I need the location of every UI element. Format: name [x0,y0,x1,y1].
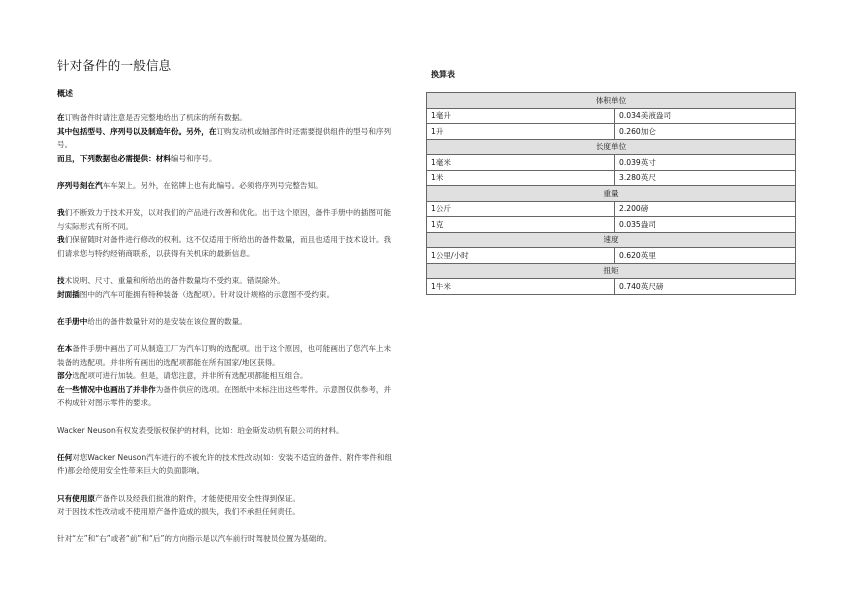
emphasis-text: 技 [57,276,65,285]
group-header-length: 长度单位 [427,139,796,155]
paragraph-line: 在订购备件时请注意是否完整地给出了机床的所有数据。 [57,111,393,125]
emphasis-text: 在一些情况中也画出了并非作 [57,385,156,394]
body-span: 图中的汽车可能拥有特种装备（选配项）。针对设计规格的示意图不受约束。 [80,290,334,299]
metric-cell: 1公里/小时 [427,248,615,264]
body-span: 车车架上。另外，在铭牌上也有此编号。必须将序列号完整告知。 [103,181,323,190]
paragraph-gap [57,329,393,343]
paragraph-line: 序列号刻在汽车车架上。另外，在铭牌上也有此编号。必须将序列号完整告知。 [57,179,393,193]
emphasis-text: 在本 [57,344,72,353]
conversion-table-heading: 换算表 [431,69,455,80]
paragraph-line: 针对“左”和“右”或者“前”和“后”的方向指示是以汽车前行时驾驶员位置为基础的。 [57,532,393,546]
body-span: Wacker Neuson有权发表受版权保护的材料，比如：珀金斯发动机有限公司的… [57,426,344,435]
imperial-cell: 0.035盎司 [615,217,796,233]
paragraph-gap [57,261,393,275]
paragraph-line: 技术说明、尺寸、重量和所给出的备件数量均不受约束。错误除外。 [57,274,393,288]
paragraph-line: 封面插图中的汽车可能拥有特种装备（选配项）。针对设计规格的示意图不受约束。 [57,288,393,302]
imperial-cell: 0.039英寸 [615,155,796,171]
paragraph-line: 在手册中给出的备件数量针对的是安装在该位置的数量。 [57,315,393,329]
paragraph-line: Wacker Neuson有权发表受版权保护的材料，比如：珀金斯发动机有限公司的… [57,424,393,438]
metric-cell: 1米 [427,170,615,186]
imperial-cell: 0.620英里 [615,248,796,264]
body-text: 在订购备件时请注意是否完整地给出了机床的所有数据。其中包括型号、序列号以及制造年… [57,111,393,546]
paragraph-gap [57,478,393,492]
paragraph-gap [57,193,393,207]
emphasis-text: 任何 [57,453,72,462]
table-row: 1牛米0.740英尺磅 [427,279,796,295]
group-header-torque: 扭矩 [427,263,796,279]
group-title: 长度单位 [427,139,796,155]
paragraph-line: 其中包括型号、序列号以及制造年份。另外，在订购发动机或轴部件时还需要提供组件的型… [57,125,393,152]
body-span: 对您Wacker Neuson汽车进行的不被允许的技术性改动(如：安装不适宜的备… [57,453,392,476]
table-row: 1公里/小时0.620英里 [427,248,796,264]
emphasis-text: 部分 [57,371,72,380]
body-span: 们不断致力于技术开发，以对我们的产品进行改善和优化。出于这个原因，备件手册中的插… [57,208,391,231]
paragraph-gap [57,165,393,179]
metric-cell: 1牛米 [427,279,615,295]
emphasis-text: 我 [57,235,65,244]
emphasis-text: 在手册中 [57,317,87,326]
paragraph-gap [57,301,393,315]
metric-cell: 1公斤 [427,201,615,217]
body-span: 编号和序号。 [171,154,217,163]
paragraph-line: 在本备件手册中画出了可从制造工厂为汽车订购的选配项。出于这个原因，也可能画出了您… [57,342,393,369]
group-title: 速度 [427,232,796,248]
group-header-volume: 体积单位 [427,93,796,109]
emphasis-text: 序列号刻在汽 [57,181,103,190]
body-span: 给出的备件数量针对的是安装在该位置的数量。 [87,317,246,326]
group-title: 重量 [427,186,796,202]
paragraph-gap [57,519,393,533]
table-row: 1克0.035盎司 [427,217,796,233]
group-header-speed: 速度 [427,232,796,248]
emphasis-text: 在 [57,113,65,122]
body-span: 对于因技术性改动或不使用原产备件造成的损失，我们不承担任何责任。 [57,507,300,516]
body-span: 们保留随时对备件进行修改的权利。这不仅适用于所给出的备件数量，而且也适用于技术设… [57,235,391,258]
paragraph-line: 而且，下列数据也必需提供：材料编号和序号。 [57,152,393,166]
body-span: 产备件以及经我们批准的附件，才能使使用安全性得到保证。 [95,494,300,503]
table-row: 1升0.260加仑 [427,124,796,140]
table-row: 1米3.280英尺 [427,170,796,186]
paragraph-line: 任何对您Wacker Neuson汽车进行的不被允许的技术性改动(如：安装不适宜… [57,451,393,478]
paragraph-line: 我们保留随时对备件进行修改的权利。这不仅适用于所给出的备件数量，而且也适用于技术… [57,233,393,260]
metric-cell: 1毫米 [427,155,615,171]
body-span: 术说明、尺寸、重量和所给出的备件数量均不受约束。错误除外。 [65,276,285,285]
metric-cell: 1克 [427,217,615,233]
imperial-cell: 3.280英尺 [615,170,796,186]
body-span: 订购备件时请注意是否完整地给出了机床的所有数据。 [65,113,247,122]
imperial-cell: 2.200磅 [615,201,796,217]
emphasis-text: 我 [57,208,65,217]
body-span: 针对“左”和“右”或者“前”和“后”的方向指示是以汽车前行时驾驶员位置为基础的。 [57,534,331,543]
imperial-cell: 0.260加仑 [615,124,796,140]
emphasis-text: 其中包括型号、序列号以及制造年份。另外，在 [57,127,216,136]
group-header-weight: 重量 [427,186,796,202]
paragraph-line: 在一些情况中也画出了并非作为备件供应的选项。在图纸中未标注出这些零件。示意图仅供… [57,383,393,410]
table-row: 1毫米0.039英寸 [427,155,796,171]
table-row: 1毫升0.034美液盎司 [427,108,796,124]
emphasis-text: 封面插 [57,290,80,299]
metric-cell: 1毫升 [427,108,615,124]
body-span: 备件手册中画出了可从制造工厂为汽车订购的选配项。出于这个原因，也可能画出了您汽车… [57,344,391,367]
table-row: 1公斤2.200磅 [427,201,796,217]
conversion-table: 体积单位 1毫升0.034美液盎司 1升0.260加仑 长度单位 1毫米0.03… [426,92,796,295]
body-span: 选配项可进行加装。但是，请您注意，并非所有选配项都能相互组合。 [72,371,307,380]
paragraph-line: 对于因技术性改动或不使用原产备件造成的损失，我们不承担任何责任。 [57,505,393,519]
group-title: 体积单位 [427,93,796,109]
paragraph-line: 只有使用原产备件以及经我们批准的附件，才能使使用安全性得到保证。 [57,492,393,506]
group-title: 扭矩 [427,263,796,279]
paragraph-gap [57,437,393,451]
paragraph-line: 部分选配项可进行加装。但是，请您注意，并非所有选配项都能相互组合。 [57,369,393,383]
imperial-cell: 0.740英尺磅 [615,279,796,295]
emphasis-text: 只有使用原 [57,494,95,503]
page-title: 针对备件的一般信息 [57,56,171,74]
paragraph-line: 我们不断致力于技术开发，以对我们的产品进行改善和优化。出于这个原因，备件手册中的… [57,206,393,233]
metric-cell: 1升 [427,124,615,140]
section-heading-overview: 概述 [57,88,73,99]
imperial-cell: 0.034美液盎司 [615,108,796,124]
emphasis-text: 而且，下列数据也必需提供：材料 [57,154,171,163]
paragraph-gap [57,410,393,424]
